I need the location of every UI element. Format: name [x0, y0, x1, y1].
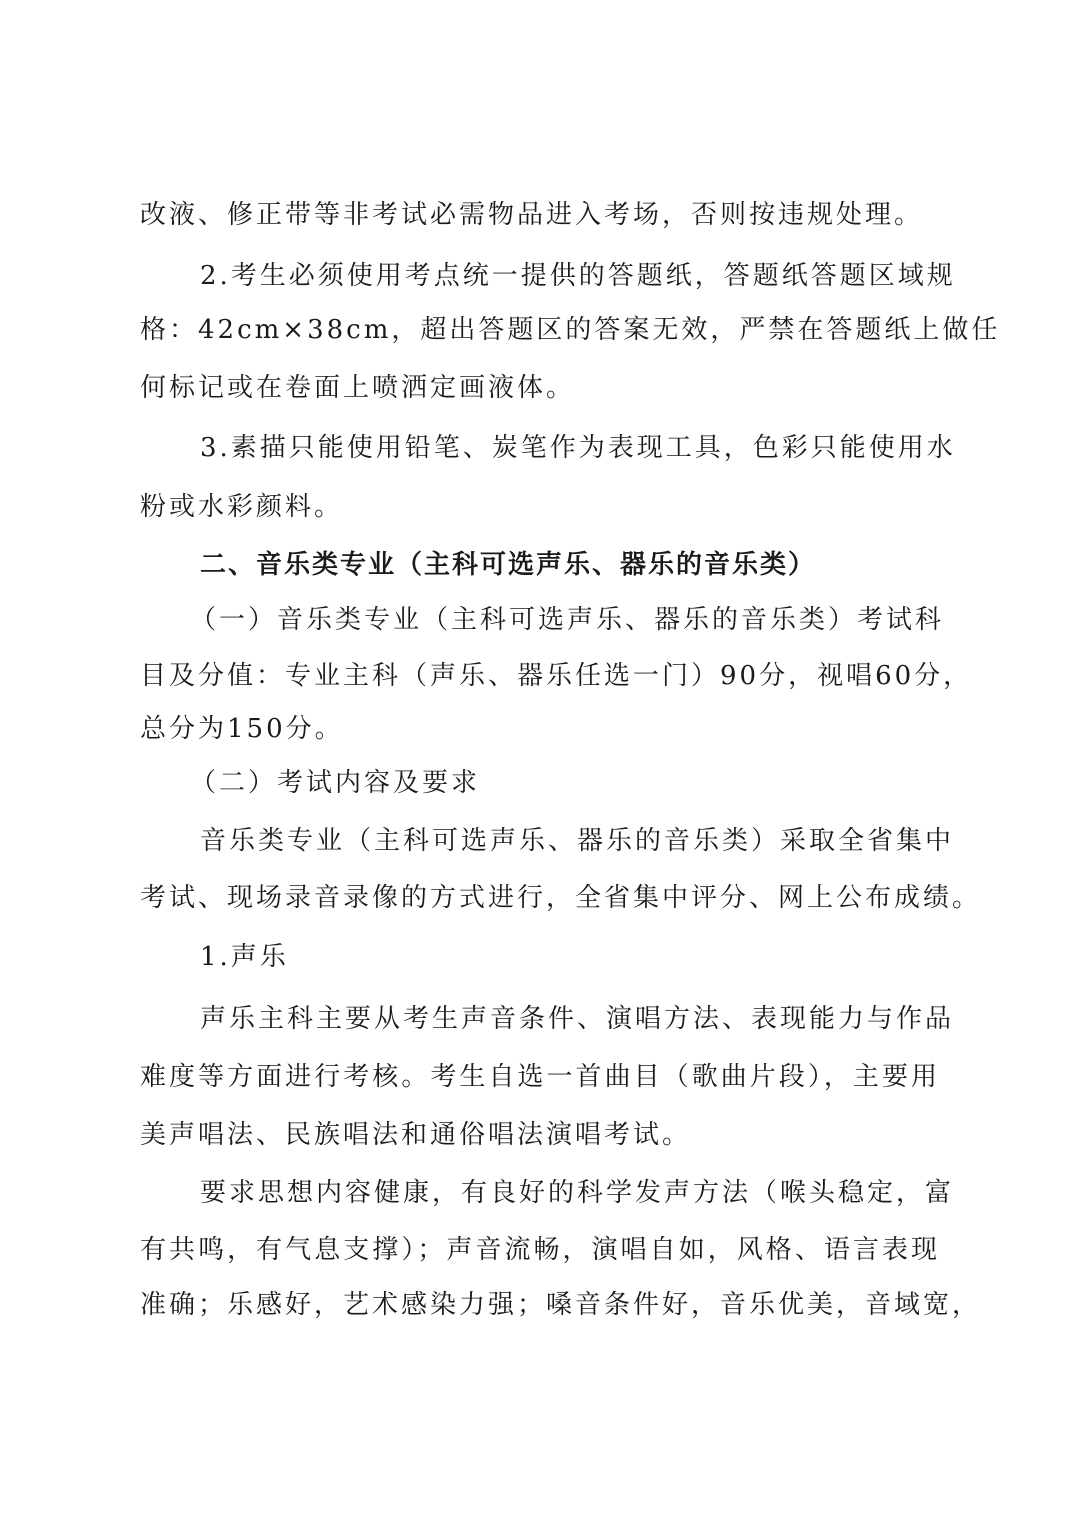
method-line-2: 考试、现场录音录像的方式进行，全省集中评分、网上公布成绩。	[140, 881, 940, 915]
rule-2-line-2: 格：42cm×38cm，超出答题区的答案无效，严禁在答题纸上做任	[140, 313, 940, 347]
method-line-1: 音乐类专业（主科可选声乐、器乐的音乐类）采取全省集中	[200, 824, 940, 858]
vocal-desc-line-1: 声乐主科主要从考生声音条件、演唱方法、表现能力与作品	[200, 1002, 940, 1036]
rule-2-line-1: 2.考生必须使用考点统一提供的答题纸，答题纸答题区域规	[200, 259, 940, 293]
subjects-line-2: 目及分值：专业主科（声乐、器乐任选一门）90分，视唱60分，	[140, 659, 940, 693]
vocal-req-line-2: 有共鸣，有气息支撑）；声音流畅，演唱自如，风格、语言表现	[140, 1233, 940, 1267]
subheading-content-requirements: （二）考试内容及要求	[190, 766, 930, 800]
subjects-line-3: 总分为150分。	[140, 712, 940, 746]
vocal-req-line-1: 要求思想内容健康，有良好的科学发声方法（喉头稳定，富	[200, 1176, 940, 1210]
document-page: 改液、修正带等非考试必需物品进入考场，否则按违规处理。 2.考生必须使用考点统一…	[0, 0, 1080, 1527]
rule-2-line-3: 何标记或在卷面上喷洒定画液体。	[140, 371, 940, 405]
section-heading-music: 二、音乐类专业（主科可选声乐、器乐的音乐类）	[200, 548, 940, 582]
paragraph-continuation-line: 改液、修正带等非考试必需物品进入考场，否则按违规处理。	[140, 198, 940, 232]
vocal-desc-line-3: 美声唱法、民族唱法和通俗唱法演唱考试。	[140, 1118, 940, 1152]
subjects-line-1: （一）音乐类专业（主科可选声乐、器乐的音乐类）考试科	[190, 603, 940, 637]
rule-3-line-2: 粉或水彩颜料。	[140, 490, 940, 524]
subheading-vocal: 1.声乐	[200, 940, 940, 974]
vocal-req-line-3: 准确；乐感好，艺术感染力强；嗓音条件好，音乐优美，音域宽，	[140, 1288, 940, 1322]
rule-3-line-1: 3.素描只能使用铅笔、炭笔作为表现工具，色彩只能使用水	[200, 431, 940, 465]
vocal-desc-line-2: 难度等方面进行考核。考生自选一首曲目（歌曲片段），主要用	[140, 1060, 940, 1094]
